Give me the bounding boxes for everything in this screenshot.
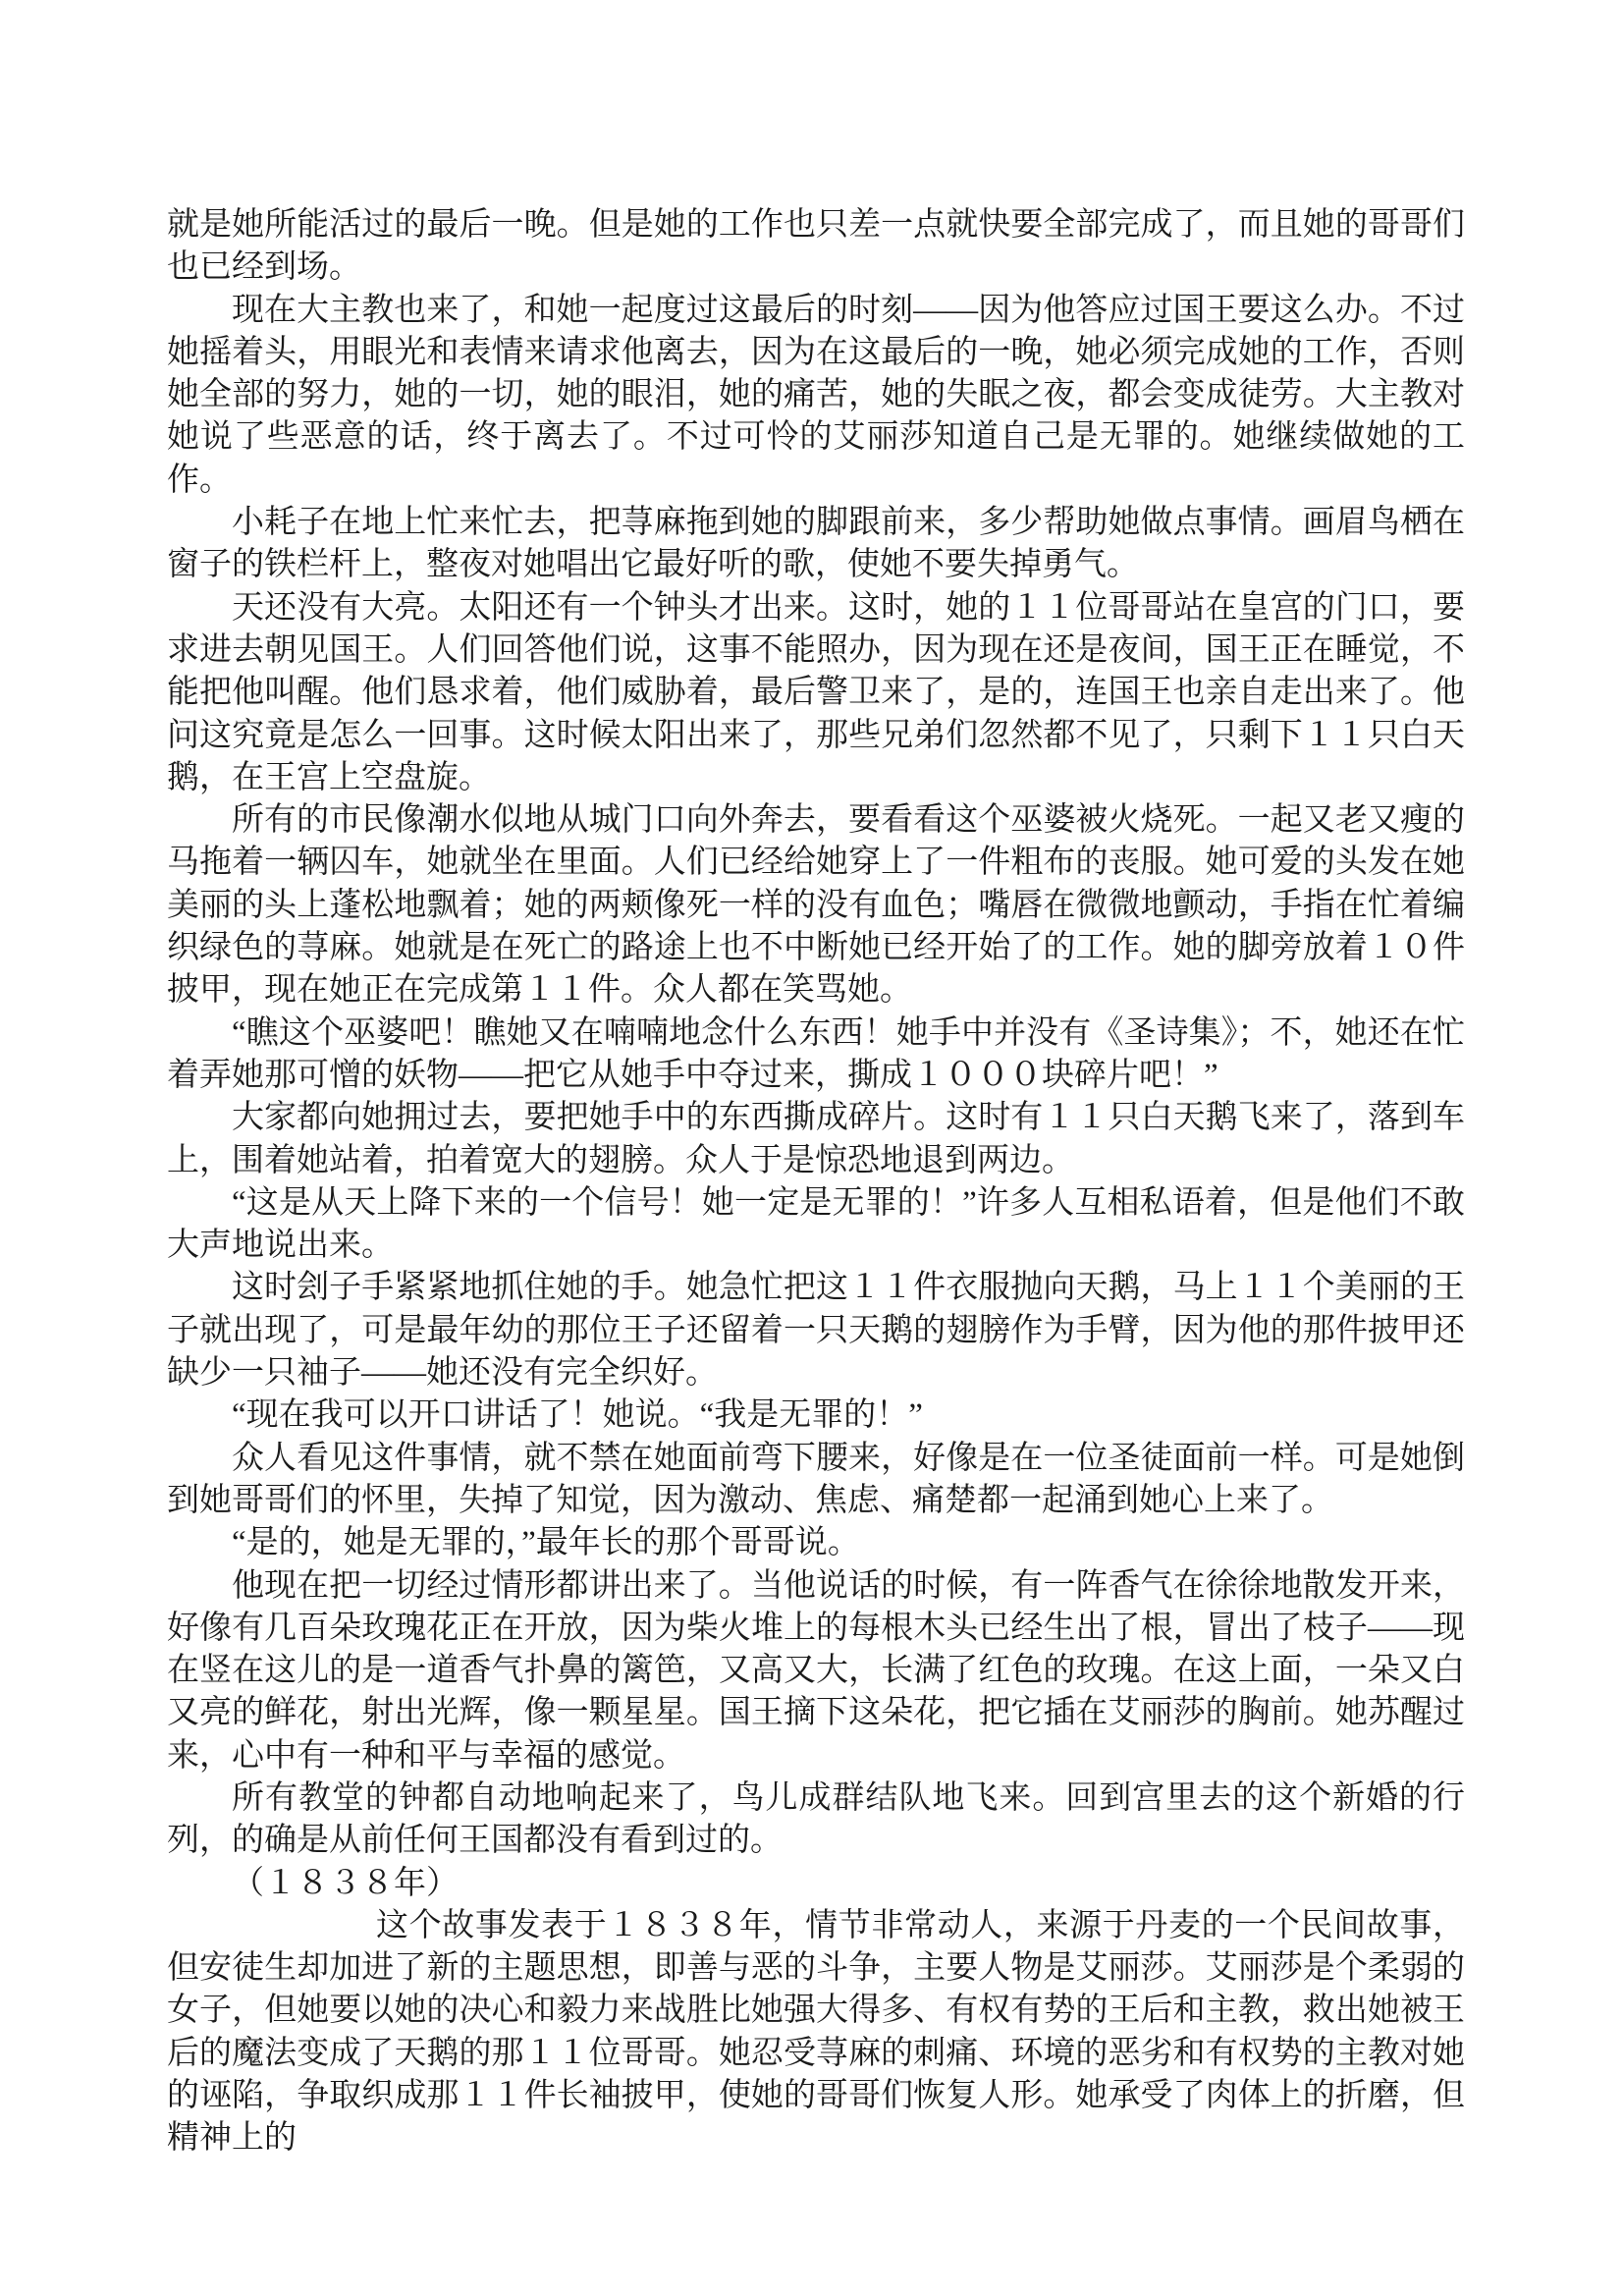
- paragraph: “现在我可以开口讲话了！她说。“我是无罪的！”: [167, 1394, 1465, 1437]
- paragraph: 大家都向她拥过去，要把她手中的东西撕成碎片。这时有１１只白天鹅飞来了，落到车上，…: [167, 1097, 1465, 1182]
- paragraph: 这个故事发表于１８３８年，情节非常动人，来源于丹麦的一个民间故事，但安徒生却加进…: [167, 1905, 1465, 2160]
- text-block: 就是她所能活过的最后一晚。但是她的工作也只差一点就快要全部完成了，而且她的哥哥们…: [167, 204, 1465, 2160]
- document-page: 就是她所能活过的最后一晚。但是她的工作也只差一点就快要全部完成了，而且她的哥哥们…: [0, 0, 1623, 2296]
- paragraph: 这时刽子手紧紧地抓住她的手。她急忙把这１１件衣服抛向天鹅，马上１１个美丽的王子就…: [167, 1267, 1465, 1394]
- paragraph: “瞧这个巫婆吧！瞧她又在喃喃地念什么东西！她手中并没有《圣诗集》；不，她还在忙着…: [167, 1012, 1465, 1098]
- paragraph: 他现在把一切经过情形都讲出来了。当他说话的时候，有一阵香气在徐徐地散发开来，好像…: [167, 1565, 1465, 1777]
- paragraph: “这是从天上降下来的一个信号！她一定是无罪的！”许多人互相私语着，但是他们不敢大…: [167, 1182, 1465, 1268]
- paragraph: 天还没有大亮。太阳还有一个钟头才出来。这时，她的１１位哥哥站在皇宫的门口，要求进…: [167, 587, 1465, 799]
- paragraph: 就是她所能活过的最后一晚。但是她的工作也只差一点就快要全部完成了，而且她的哥哥们…: [167, 204, 1465, 290]
- paragraph: 小耗子在地上忙来忙去，把荨麻拖到她的脚跟前来，多少帮助她做点事情。画眉鸟栖在窗子…: [167, 502, 1465, 587]
- paragraph: 现在大主教也来了，和她一起度过这最后的时刻——因为他答应过国王要这么办。不过她摇…: [167, 290, 1465, 502]
- paragraph: （１８３８年）: [167, 1863, 1465, 1905]
- paragraph: 所有教堂的钟都自动地响起来了，鸟儿成群结队地飞来。回到宫里去的这个新婚的行列，的…: [167, 1777, 1465, 1863]
- paragraph: 众人看见这件事情，就不禁在她面前弯下腰来，好像是在一位圣徒面前一样。可是她倒到她…: [167, 1438, 1465, 1523]
- paragraph: 所有的市民像潮水似地从城门口向外奔去，要看看这个巫婆被火烧死。一起又老又瘦的马拖…: [167, 799, 1465, 1011]
- paragraph: “是的，她是无罪的，”最年长的那个哥哥说。: [167, 1522, 1465, 1564]
